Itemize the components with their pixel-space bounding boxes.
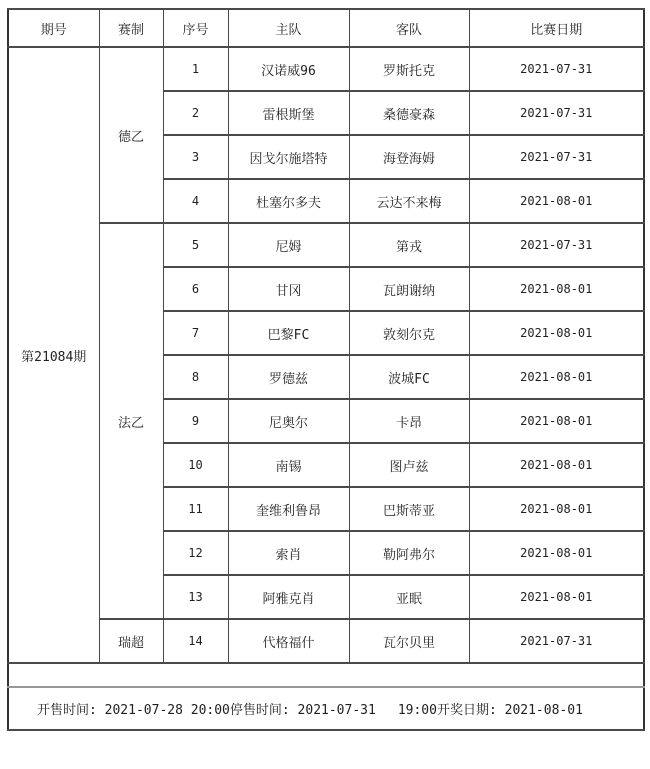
away-team: 桑德豪森 bbox=[349, 91, 469, 135]
schedule-table: 期号 赛制 序号 主队 客队 比赛日期 第21084期德乙1汉诺威96罗斯托克2… bbox=[7, 8, 645, 731]
footer-info: 开售时间: 2021-07-28 20:00 停售时间: 2021-07-311… bbox=[9, 699, 643, 718]
header-match-date: 比赛日期 bbox=[469, 9, 644, 47]
match-date: 2021-08-01 bbox=[469, 531, 644, 575]
match-date: 2021-08-01 bbox=[469, 399, 644, 443]
draw-date-info: 开奖日期: 2021-08-01 bbox=[437, 699, 583, 718]
home-team: 南锡 bbox=[228, 443, 349, 487]
home-team: 代格福什 bbox=[228, 619, 349, 663]
home-team: 甘冈 bbox=[228, 267, 349, 311]
spacer-cell bbox=[8, 663, 644, 687]
match-row: 瑞超14代格福什瓦尔贝里2021-07-31 bbox=[8, 619, 644, 663]
match-number: 13 bbox=[163, 575, 228, 619]
header-league: 赛制 bbox=[99, 9, 163, 47]
home-team: 巴黎FC bbox=[228, 311, 349, 355]
home-team: 汉诺威96 bbox=[228, 47, 349, 91]
lottery-schedule-sheet: 期号 赛制 序号 主队 客队 比赛日期 第21084期德乙1汉诺威96罗斯托克2… bbox=[7, 8, 643, 731]
away-team: 海登海姆 bbox=[349, 135, 469, 179]
match-number: 8 bbox=[163, 355, 228, 399]
footer-cell: 开售时间: 2021-07-28 20:00 停售时间: 2021-07-311… bbox=[8, 687, 644, 730]
away-team: 卡昂 bbox=[349, 399, 469, 443]
header-away-team: 客队 bbox=[349, 9, 469, 47]
sale-end-info: 停售时间: 2021-07-3119:00 bbox=[230, 699, 437, 718]
away-team: 瓦尔贝里 bbox=[349, 619, 469, 663]
draw-date-value: 2021-08-01 bbox=[505, 703, 583, 718]
match-row: 第21084期德乙1汉诺威96罗斯托克2021-07-31 bbox=[8, 47, 644, 91]
home-team: 因戈尔施塔特 bbox=[228, 135, 349, 179]
home-team: 杜塞尔多夫 bbox=[228, 179, 349, 223]
away-team: 罗斯托克 bbox=[349, 47, 469, 91]
match-number: 4 bbox=[163, 179, 228, 223]
header-period: 期号 bbox=[8, 9, 99, 47]
match-number: 11 bbox=[163, 487, 228, 531]
match-number: 5 bbox=[163, 223, 228, 267]
match-date: 2021-07-31 bbox=[469, 91, 644, 135]
match-number: 2 bbox=[163, 91, 228, 135]
match-date: 2021-08-01 bbox=[469, 487, 644, 531]
table-header-row: 期号 赛制 序号 主队 客队 比赛日期 bbox=[8, 9, 644, 47]
header-home-team: 主队 bbox=[228, 9, 349, 47]
match-date: 2021-08-01 bbox=[469, 443, 644, 487]
match-date: 2021-08-01 bbox=[469, 355, 644, 399]
match-number: 6 bbox=[163, 267, 228, 311]
match-number: 9 bbox=[163, 399, 228, 443]
match-date: 2021-08-01 bbox=[469, 575, 644, 619]
match-date: 2021-07-31 bbox=[469, 223, 644, 267]
spacer-row bbox=[8, 663, 644, 687]
sale-end-value: 2021-07-31 bbox=[298, 703, 376, 718]
match-number: 10 bbox=[163, 443, 228, 487]
home-team: 阿雅克肖 bbox=[228, 575, 349, 619]
match-number: 1 bbox=[163, 47, 228, 91]
league-cell: 德乙 bbox=[99, 47, 163, 223]
away-team: 敦刻尔克 bbox=[349, 311, 469, 355]
sale-end-label: 停售时间: bbox=[230, 703, 290, 718]
footer-row: 开售时间: 2021-07-28 20:00 停售时间: 2021-07-311… bbox=[8, 687, 644, 730]
sale-start-info: 开售时间: 2021-07-28 20:00 bbox=[37, 699, 230, 718]
sale-start-label: 开售时间: bbox=[37, 703, 97, 718]
table-body: 第21084期德乙1汉诺威96罗斯托克2021-07-312雷根斯堡桑德豪森20… bbox=[8, 47, 644, 663]
match-number: 14 bbox=[163, 619, 228, 663]
away-team: 云达不来梅 bbox=[349, 179, 469, 223]
match-date: 2021-08-01 bbox=[469, 267, 644, 311]
match-number: 3 bbox=[163, 135, 228, 179]
home-team: 索肖 bbox=[228, 531, 349, 575]
league-cell: 瑞超 bbox=[99, 619, 163, 663]
home-team: 雷根斯堡 bbox=[228, 91, 349, 135]
away-team: 巴斯蒂亚 bbox=[349, 487, 469, 531]
away-team: 勒阿弗尔 bbox=[349, 531, 469, 575]
away-team: 瓦朗谢纳 bbox=[349, 267, 469, 311]
away-team: 图卢兹 bbox=[349, 443, 469, 487]
home-team: 奎维利鲁昂 bbox=[228, 487, 349, 531]
away-team: 第戎 bbox=[349, 223, 469, 267]
sale-start-value: 2021-07-28 20:00 bbox=[105, 703, 230, 718]
home-team: 尼奥尔 bbox=[228, 399, 349, 443]
match-date: 2021-07-31 bbox=[469, 47, 644, 91]
away-team: 波城FC bbox=[349, 355, 469, 399]
match-date: 2021-08-01 bbox=[469, 311, 644, 355]
match-number: 7 bbox=[163, 311, 228, 355]
sale-end-time: 19:00 bbox=[398, 703, 437, 718]
match-date: 2021-07-31 bbox=[469, 135, 644, 179]
match-date: 2021-08-01 bbox=[469, 179, 644, 223]
header-seq: 序号 bbox=[163, 9, 228, 47]
match-number: 12 bbox=[163, 531, 228, 575]
home-team: 尼姆 bbox=[228, 223, 349, 267]
league-cell: 法乙 bbox=[99, 223, 163, 619]
period-cell: 第21084期 bbox=[8, 47, 99, 663]
home-team: 罗德兹 bbox=[228, 355, 349, 399]
draw-date-label: 开奖日期: bbox=[437, 703, 497, 718]
match-row: 法乙5尼姆第戎2021-07-31 bbox=[8, 223, 644, 267]
away-team: 亚眠 bbox=[349, 575, 469, 619]
match-date: 2021-07-31 bbox=[469, 619, 644, 663]
